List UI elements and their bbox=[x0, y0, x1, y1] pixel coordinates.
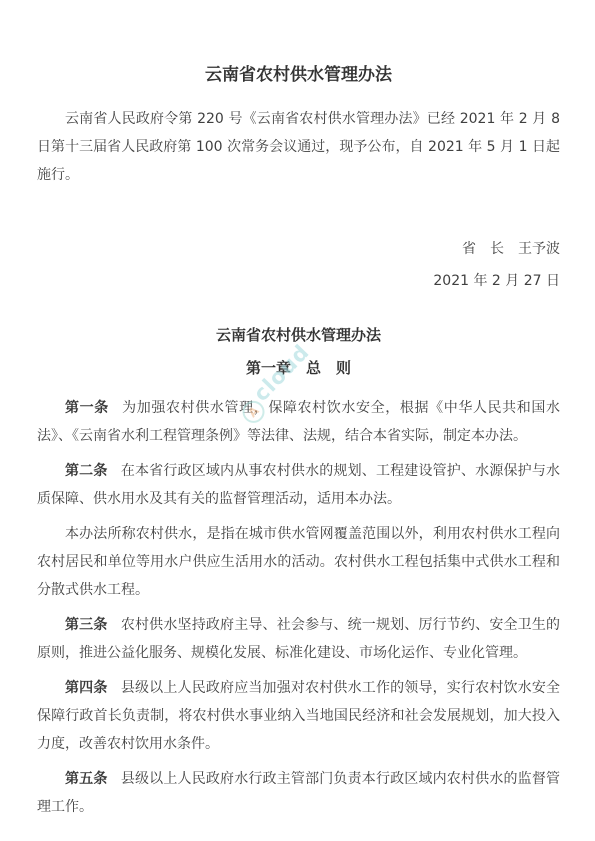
article-label: 第二条 bbox=[65, 463, 108, 479]
document-body-title: 云南省农村供水管理办法 bbox=[37, 324, 560, 346]
chapter-heading: 第一章 总 则 bbox=[37, 357, 560, 379]
article-text: 为加强农村供水管理，保障农村饮水安全，根据《中华人民共和国水法》、《云南省水利工… bbox=[37, 400, 560, 444]
article-text: 本办法所称农村供水，是指在城市供水管网覆盖范围以外，利用农村供水工程向农村居民和… bbox=[37, 526, 560, 598]
article-paragraph-3: 本办法所称农村供水，是指在城市供水管网覆盖范围以外，利用农村供水工程向农村居民和… bbox=[37, 520, 560, 604]
intro-paragraph: 云南省人民政府令第 220 号《云南省农村供水管理办法》已经 2021 年 2 … bbox=[37, 105, 560, 189]
article-text: 县级以上人民政府应当加强对农村供水工作的领导，实行农村饮水安全保障行政首长负责制… bbox=[37, 680, 560, 752]
article-label: 第一条 bbox=[65, 400, 109, 416]
article-paragraph-2: 第二条在本省行政区域内从事农村供水的规划、工程建设管护、水源保护与水质保障、供水… bbox=[37, 457, 560, 513]
article-paragraph-6: 第五条县级以上人民政府水行政主管部门负责本行政区域内农村供水的监督管理工作。 bbox=[37, 765, 560, 821]
article-label: 第四条 bbox=[65, 680, 108, 696]
article-text: 在本省行政区域内从事农村供水的规划、工程建设管护、水源保护与水质保障、供水用水及… bbox=[37, 463, 560, 507]
article-paragraph-5: 第四条县级以上人民政府应当加强对农村供水工作的领导，实行农村饮水安全保障行政首长… bbox=[37, 674, 560, 758]
article-label: 第三条 bbox=[65, 617, 108, 633]
signature-date: 2021 年 2 月 27 日 bbox=[37, 268, 560, 295]
signature-block: 省 长 王予波 2021 年 2 月 27 日 bbox=[37, 236, 560, 295]
page-title: 云南省农村供水管理办法 bbox=[37, 62, 560, 88]
article-text: 县级以上人民政府水行政主管部门负责本行政区域内农村供水的监督管理工作。 bbox=[37, 771, 560, 815]
signer-name: 省 长 王予波 bbox=[37, 236, 560, 263]
document-page: Acloud 云南省农村供水管理办法 云南省人民政府令第 220 号《云南省农村… bbox=[0, 0, 595, 841]
article-paragraph-4: 第三条农村供水坚持政府主导、社会参与、统一规划、厉行节约、安全卫生的原则，推进公… bbox=[37, 611, 560, 667]
article-text: 农村供水坚持政府主导、社会参与、统一规划、厉行节约、安全卫生的原则，推进公益化服… bbox=[37, 617, 560, 661]
article-label: 第五条 bbox=[65, 771, 108, 787]
article-paragraph-1: 第一条为加强农村供水管理，保障农村饮水安全，根据《中华人民共和国水法》、《云南省… bbox=[37, 394, 560, 450]
